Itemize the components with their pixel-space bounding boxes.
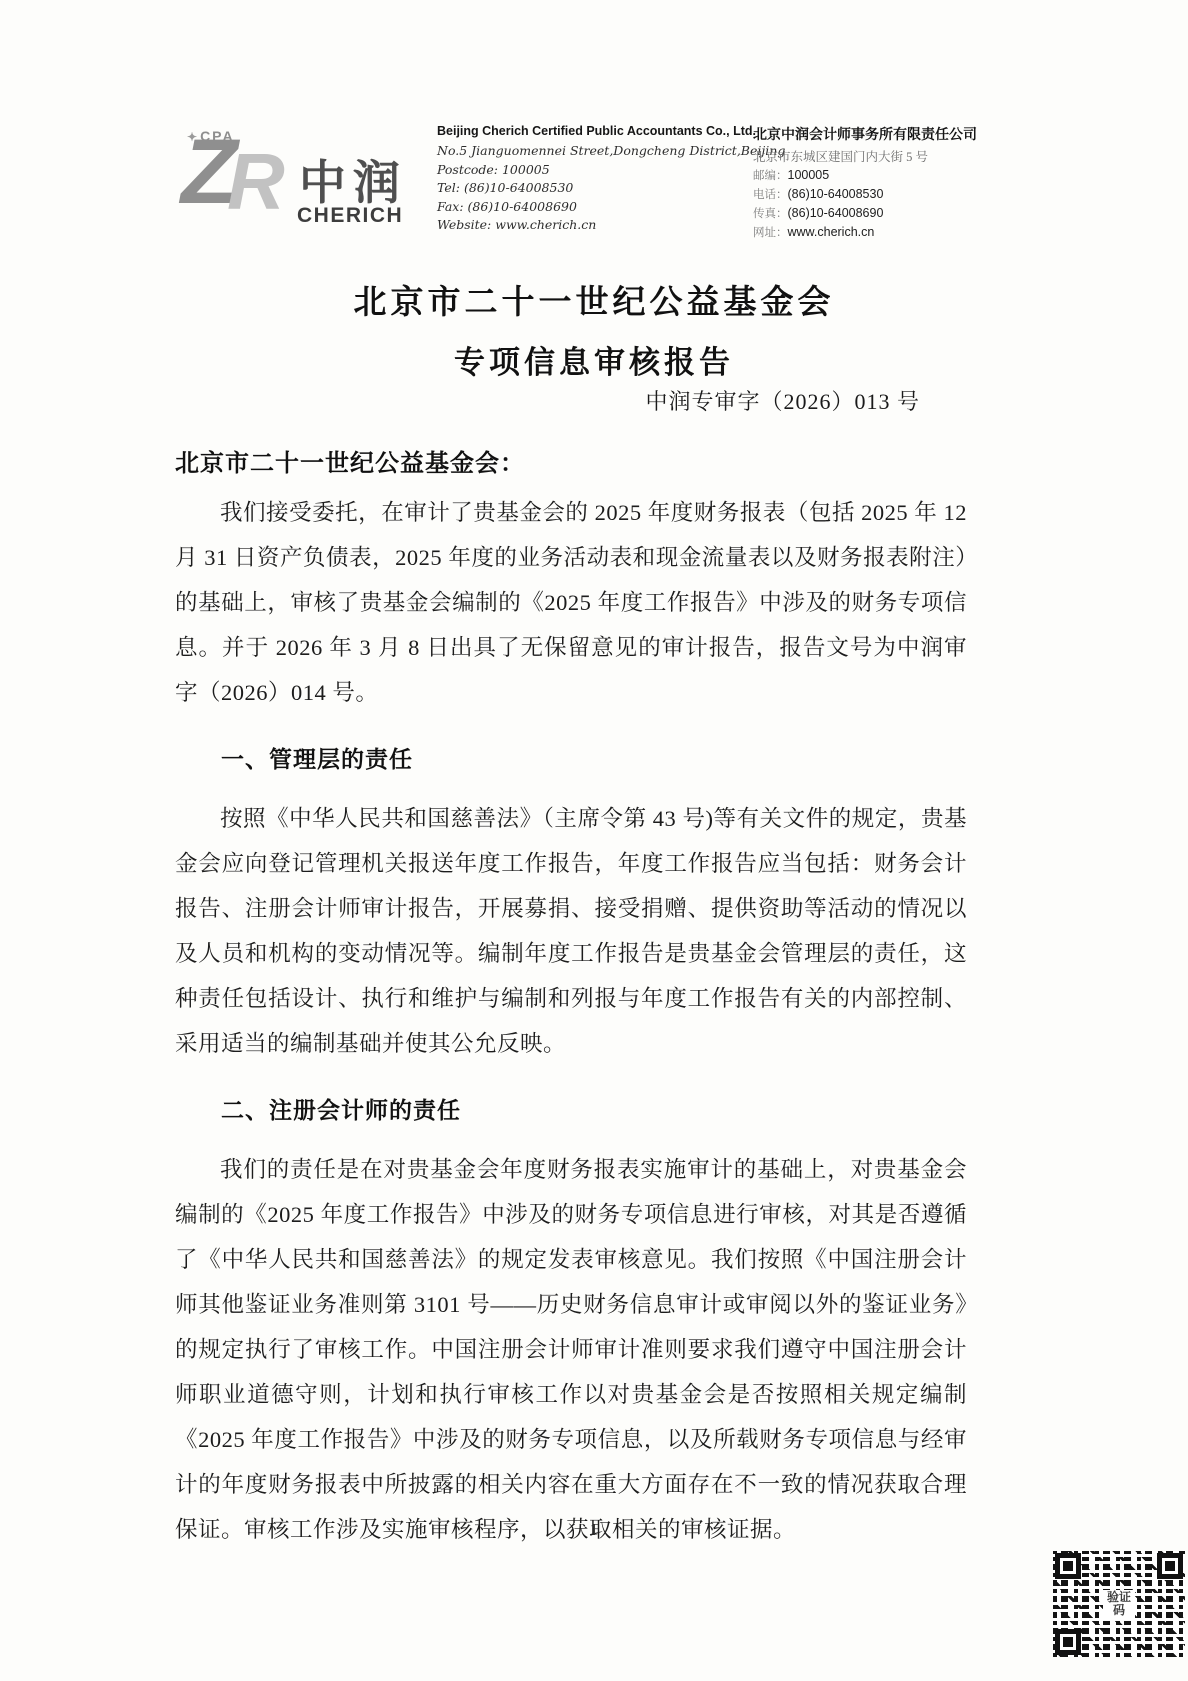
tel-value: (86)10-64008530 [788, 187, 884, 201]
chinese-contact-block: 北京中润会计师事务所有限责任公司 北京市东城区建国门内大街 5 号 邮编：100… [753, 124, 1023, 242]
fax-value: (86)10-64008690 [788, 206, 884, 220]
section-2-heading: 二、注册会计师的责任 [175, 1088, 967, 1133]
postcode-row: 邮编：100005 [753, 166, 1023, 185]
monogram-z: Z [181, 126, 237, 218]
section-1-paragraph: 按照《中华人民共和国慈善法》（主席令第 43 号)等有关文件的规定，贵基金会应向… [175, 796, 967, 1066]
qr-center-label: 验证码 [1103, 1590, 1135, 1618]
english-contact-block: Beijing Cherich Certified Public Account… [437, 124, 742, 235]
tel-english: Tel: (86)10-64008530 [437, 179, 742, 198]
fax-row: 传真：(86)10-64008690 [753, 204, 1023, 223]
qr-finder-top-right [1157, 1553, 1183, 1579]
logo-chinese-name: 中润 [299, 146, 407, 213]
document-title-report-type: 专项信息审核报告 [0, 337, 1188, 382]
tel-label: 电话： [753, 189, 788, 201]
postcode-english: Postcode: 100005 [437, 161, 742, 180]
addressee: 北京市二十一世纪公益基金会： [175, 443, 525, 478]
document-reference-number: 中润专审字（2026）013 号 [645, 385, 920, 416]
website-english: Website: www.cherich.cn [437, 216, 742, 235]
website-label: 网址： [753, 227, 788, 239]
fax-label: 传真： [753, 208, 788, 220]
postcode-label: 邮编： [753, 170, 788, 182]
section-1-heading: 一、管理层的责任 [175, 737, 967, 782]
company-name-english: Beijing Cherich Certified Public Account… [437, 124, 742, 138]
tel-row: 电话：(86)10-64008530 [753, 185, 1023, 204]
fax-english: Fax: (86)10-64008690 [437, 198, 742, 217]
company-logo: ✦CPA R Z 中润 CHERICH [175, 120, 410, 240]
address-chinese: 北京市东城区建国门内大街 5 号 [753, 148, 1023, 166]
website-value: www.cherich.cn [788, 225, 875, 239]
audit-report-page: ✦CPA R Z 中润 CHERICH Beijing Cherich Cert… [0, 0, 1188, 1681]
section-2-paragraph: 我们的责任是在对贵基金会年度财务报表实施审计的基础上，对贵基金会编制的《2025… [175, 1147, 967, 1552]
intro-paragraph: 我们接受委托，在审计了贵基金会的 2025 年度财务报表（包括 2025 年 1… [175, 490, 967, 715]
page-number: 1 [0, 1520, 1188, 1540]
website-row: 网址：www.cherich.cn [753, 223, 1023, 242]
postcode-value: 100005 [788, 168, 830, 182]
company-name-chinese: 北京中润会计师事务所有限责任公司 [753, 124, 1023, 144]
qr-finder-top-left [1055, 1553, 1081, 1579]
document-title-organization: 北京市二十一世纪公益基金会 [0, 276, 1188, 323]
verification-qr-code: 验证码 [1053, 1551, 1185, 1657]
address-english: No.5 Jianguomennei Street,Dongcheng Dist… [437, 142, 742, 161]
report-body: 我们接受委托，在审计了贵基金会的 2025 年度财务报表（包括 2025 年 1… [175, 490, 967, 1552]
letterhead: ✦CPA R Z 中润 CHERICH Beijing Cherich Cert… [175, 118, 1028, 248]
qr-finder-bottom-left [1055, 1629, 1081, 1655]
zr-monogram-icon: R Z [175, 134, 300, 234]
logo-english-name: CHERICH [297, 204, 403, 228]
